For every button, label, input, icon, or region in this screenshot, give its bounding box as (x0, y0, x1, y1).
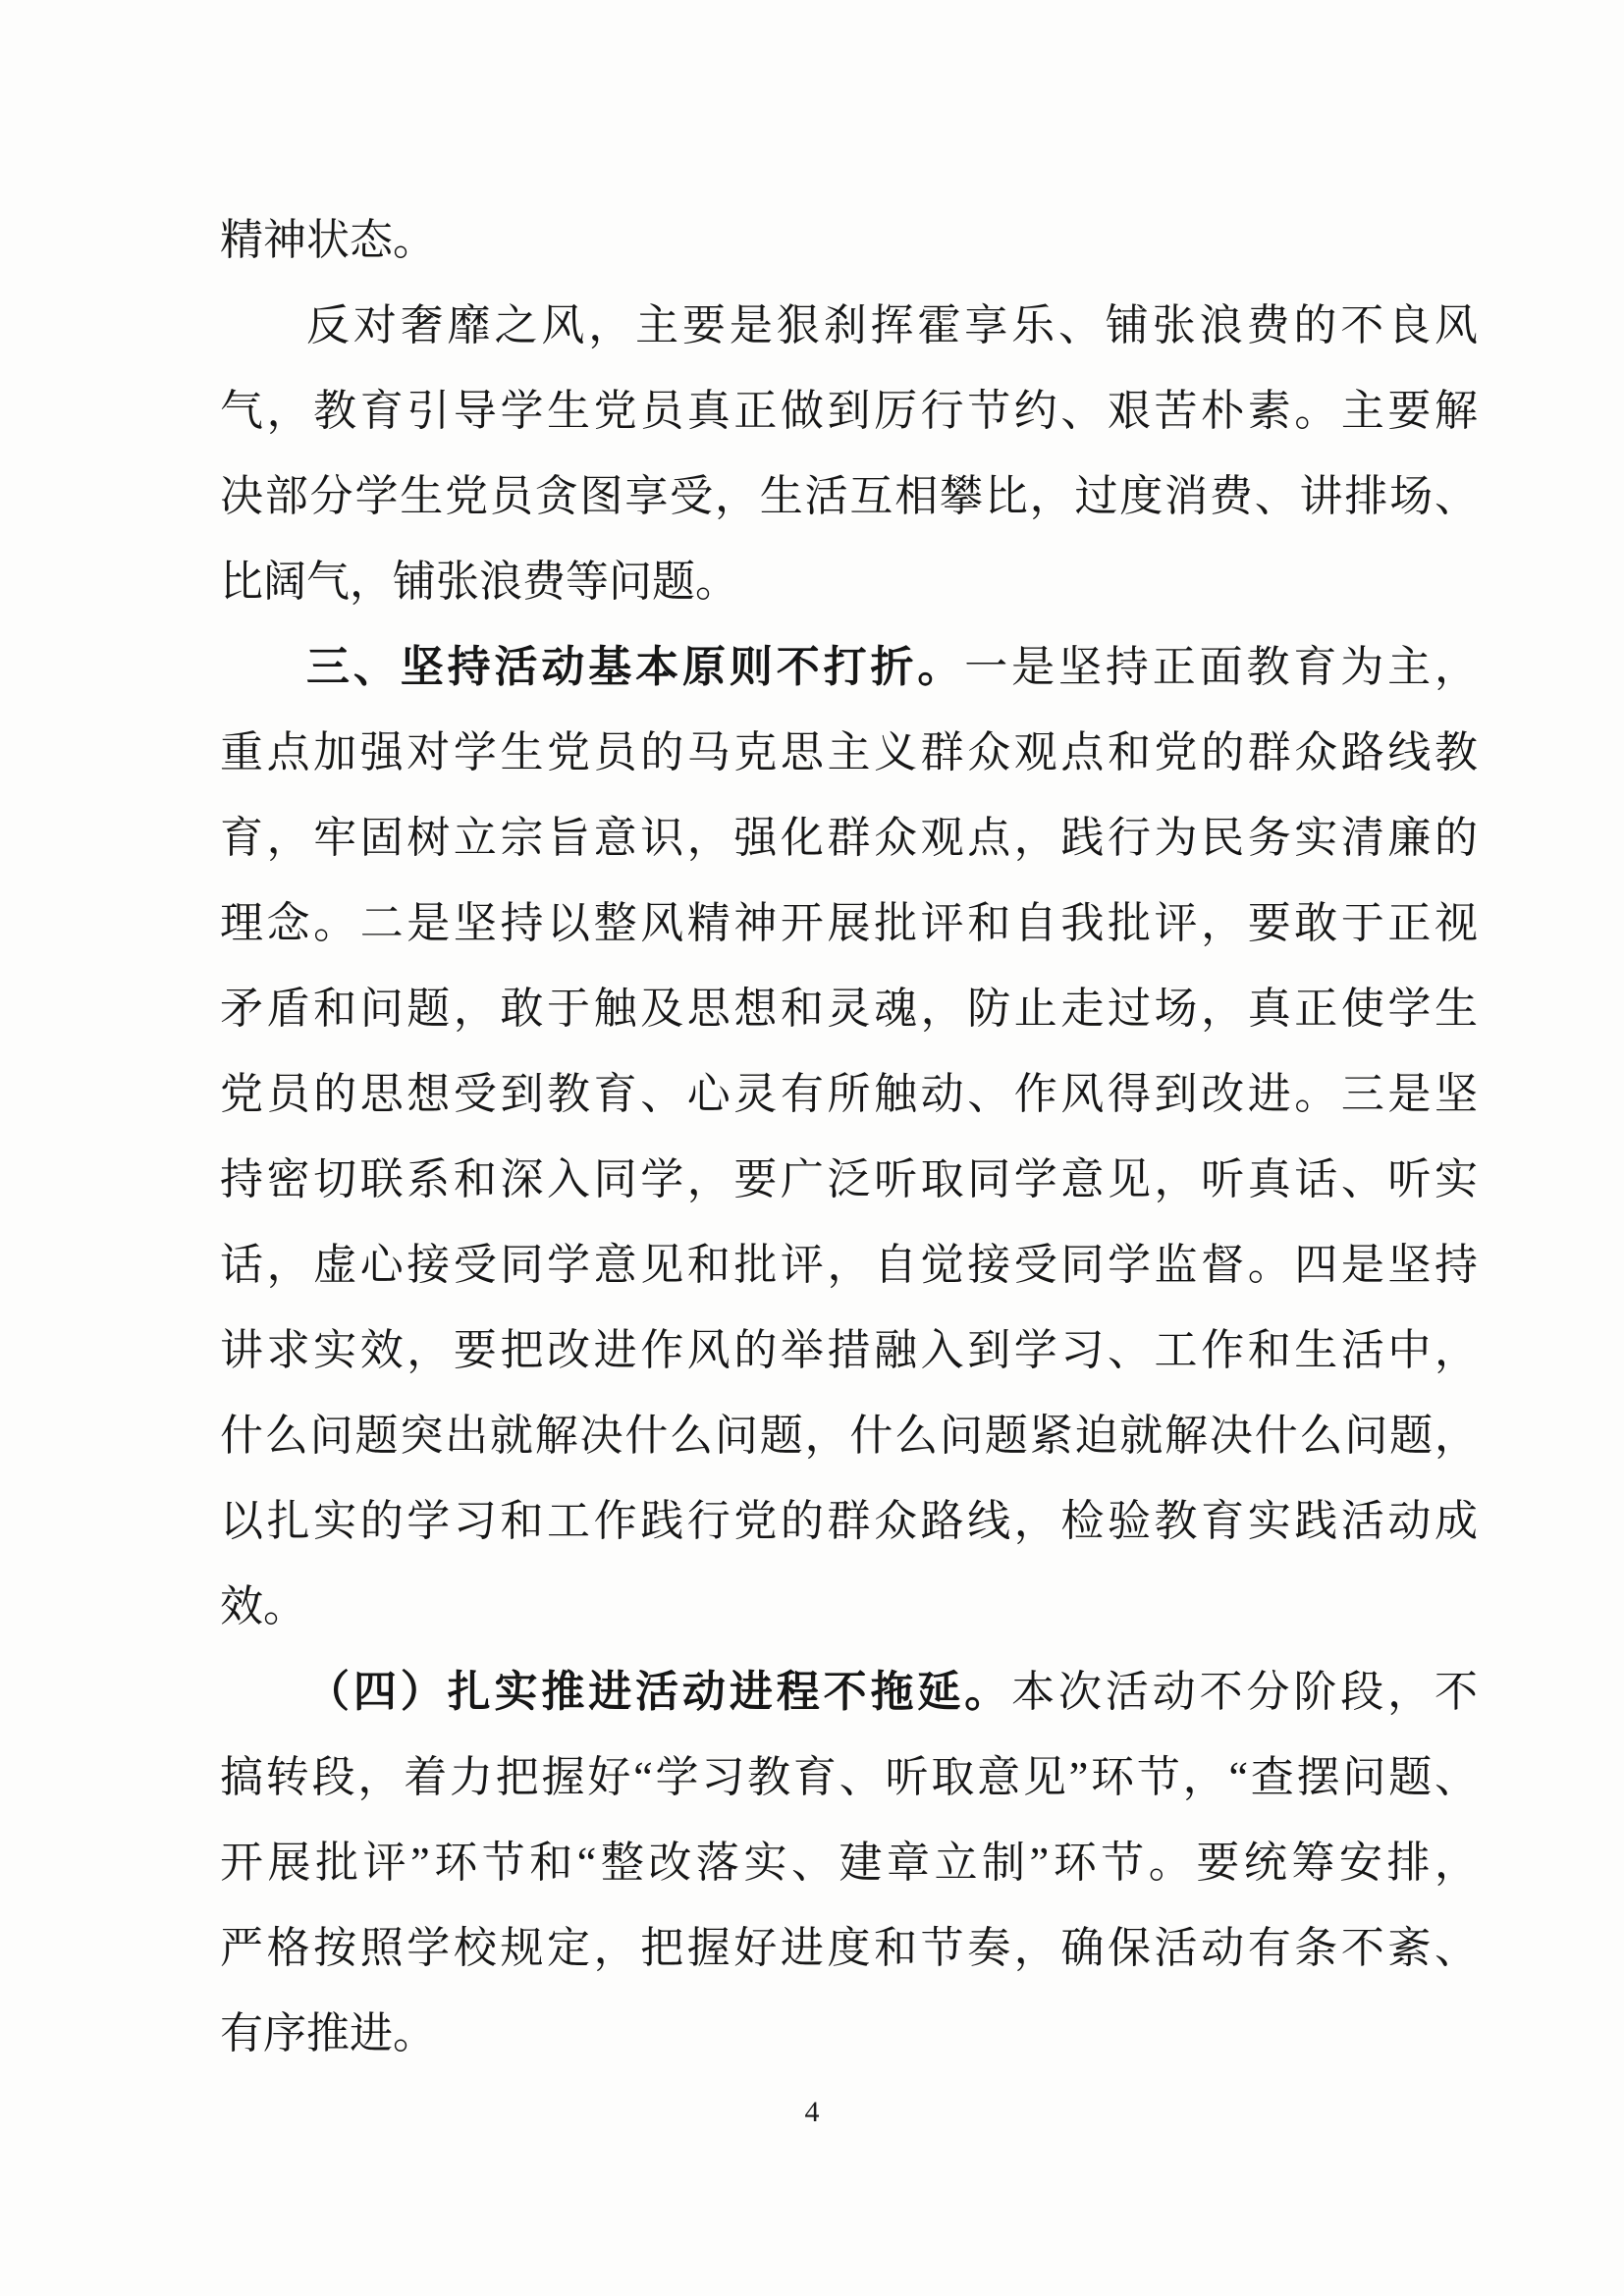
text-line: 话，虚心接受同学意见和批评，自觉接受同学监督。四是坚持 (220, 1222, 1478, 1308)
text-line: （四）扎实推进活动进程不拖延。本次活动不分阶段，不 (220, 1649, 1478, 1735)
text-run: 什么问题突出就解决什么问题，什么问题紧迫就解决什么问题， (220, 1412, 1478, 1460)
text-run: 重点加强对学生党员的马克思主义群众观点和党的群众路线教 (220, 728, 1478, 776)
text-block: 精神状态。反对奢靡之风，主要是狠刹挥霍享乐、铺张浪费的不良风气，教育引导学生党员… (220, 197, 1478, 2076)
text-run: 持密切联系和深入同学，要广泛听取同学意见，听真话、听实 (220, 1155, 1478, 1203)
text-run: 以扎实的学习和工作践行党的群众路线，检验教育实践活动成 (220, 1497, 1478, 1545)
text-line: 气，教育引导学生党员真正做到厉行节约、艰苦朴素。主要解 (220, 368, 1478, 454)
text-run: 反对奢靡之风，主要是狠刹挥霍享乐、铺张浪费的不良风 (306, 301, 1478, 349)
text-run: 本次活动不分阶段，不 (1011, 1668, 1478, 1716)
text-line: 党员的思想受到教育、心灵有所触动、作风得到改进。三是坚 (220, 1051, 1478, 1137)
text-run: 话，虚心接受同学意见和批评，自觉接受同学监督。四是坚持 (220, 1241, 1478, 1289)
text-run: 党员的思想受到教育、心灵有所触动、作风得到改进。三是坚 (220, 1070, 1478, 1118)
heading-run: 三、坚持活动基本原则不打折。 (306, 643, 964, 691)
text-line: 严格按照学校规定，把握好进度和节奏，确保活动有条不紊、 (220, 1905, 1478, 1991)
text-line: 决部分学生党员贪图享受，生活互相攀比，过度消费、讲排场、 (220, 454, 1478, 539)
text-line: 育，牢固树立宗旨意识，强化群众观点，践行为民务实清廉的 (220, 795, 1478, 881)
text-line: 三、坚持活动基本原则不打折。一是坚持正面教育为主， (220, 624, 1478, 710)
text-run: 比阔气，铺张浪费等问题。 (220, 558, 738, 606)
text-line: 重点加强对学生党员的马克思主义群众观点和党的群众路线教 (220, 710, 1478, 795)
text-line: 比阔气，铺张浪费等问题。 (220, 539, 1478, 624)
text-line: 矛盾和问题，敢于触及思想和灵魂，防止走过场，真正使学生 (220, 966, 1478, 1051)
text-line: 持密切联系和深入同学，要广泛听取同学意见，听真话、听实 (220, 1137, 1478, 1222)
text-run: 理念。二是坚持以整风精神开展批评和自我批评，要敢于正视 (220, 899, 1478, 947)
text-line: 效。 (220, 1564, 1478, 1649)
text-run: 一是坚持正面教育为主， (964, 643, 1478, 691)
text-line: 讲求实效，要把改进作风的举措融入到学习、工作和生活中， (220, 1308, 1478, 1393)
text-line: 反对奢靡之风，主要是狠刹挥霍享乐、铺张浪费的不良风 (220, 283, 1478, 368)
page-number: 4 (0, 2091, 1624, 2134)
text-run: 开展批评”环节和“整改落实、建章立制”环节。要统筹安排， (220, 1839, 1478, 1887)
text-run: 育，牢固树立宗旨意识，强化群众观点，践行为民务实清廉的 (220, 814, 1478, 862)
text-run: 有序推进。 (220, 2009, 436, 2057)
text-run: 讲求实效，要把改进作风的举措融入到学习、工作和生活中， (220, 1326, 1478, 1374)
text-line: 以扎实的学习和工作践行党的群众路线，检验教育实践活动成 (220, 1478, 1478, 1564)
text-run: 气，教育引导学生党员真正做到厉行节约、艰苦朴素。主要解 (220, 387, 1478, 435)
text-run: 矛盾和问题，敢于触及思想和灵魂，防止走过场，真正使学生 (220, 985, 1478, 1033)
text-line: 开展批评”环节和“整改落实、建章立制”环节。要统筹安排， (220, 1820, 1478, 1905)
text-run: 决部分学生党员贪图享受，生活互相攀比，过度消费、讲排场、 (220, 472, 1478, 520)
text-run: 精神状态。 (220, 216, 436, 264)
text-run: 搞转段，着力把握好“学习教育、听取意见”环节，“查摆问题、 (220, 1753, 1478, 1801)
text-line: 搞转段，着力把握好“学习教育、听取意见”环节，“查摆问题、 (220, 1735, 1478, 1820)
text-line: 理念。二是坚持以整风精神开展批评和自我批评，要敢于正视 (220, 881, 1478, 966)
text-run: 效。 (220, 1582, 306, 1630)
heading-run: （四）扎实推进活动进程不拖延。 (306, 1668, 1011, 1716)
text-line: 什么问题突出就解决什么问题，什么问题紧迫就解决什么问题， (220, 1393, 1478, 1478)
document-page: 精神状态。反对奢靡之风，主要是狠刹挥霍享乐、铺张浪费的不良风气，教育引导学生党员… (0, 0, 1624, 2296)
text-run: 严格按照学校规定，把握好进度和节奏，确保活动有条不紊、 (220, 1924, 1478, 1972)
text-line: 有序推进。 (220, 1991, 1478, 2076)
text-line: 精神状态。 (220, 197, 1478, 283)
